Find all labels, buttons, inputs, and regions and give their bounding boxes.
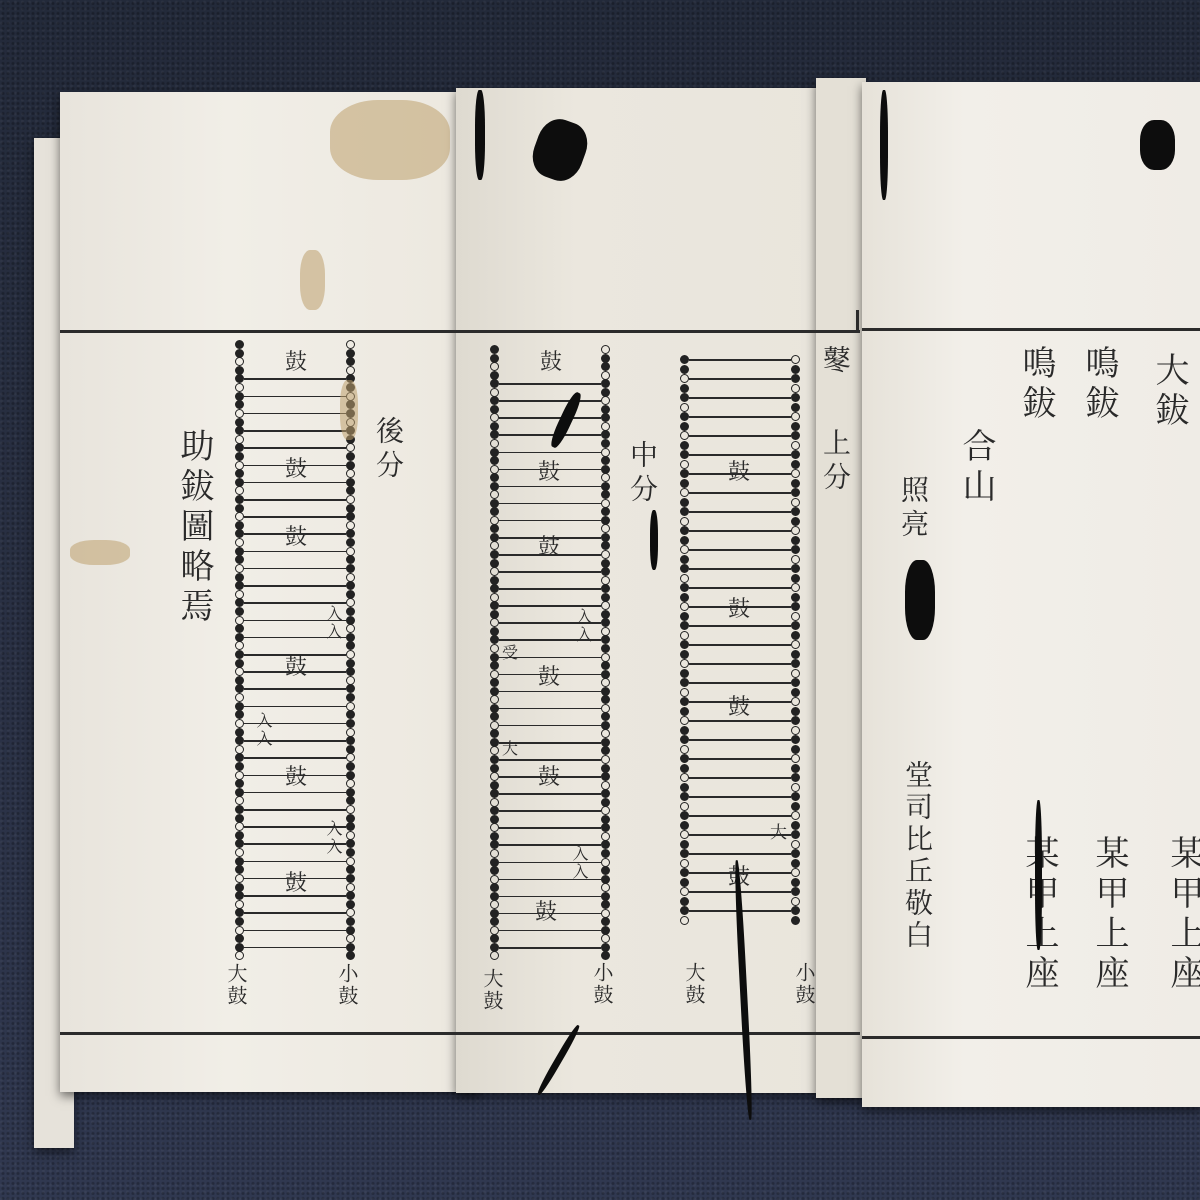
ladder-rung (244, 706, 346, 708)
ladder-dot (235, 753, 244, 762)
mark-da: 大 (770, 818, 787, 843)
ladder-rung (689, 644, 791, 646)
ladder-dot (680, 840, 689, 849)
worm-hole (475, 90, 485, 180)
ladder-dot (791, 897, 800, 906)
text-zhaoliang: 照亮 (893, 475, 933, 543)
ladder-dot (490, 823, 499, 832)
ladder-dot (601, 789, 610, 798)
ladder-dot (235, 951, 244, 960)
ladder-dot (791, 669, 800, 678)
foot-label-xiaogu: 小鼓 (790, 962, 819, 1006)
ladder-dot (346, 538, 355, 547)
ladder-rung (244, 378, 346, 380)
ladder-dot (601, 490, 610, 499)
paper-stain (300, 250, 325, 310)
ladder-dot (490, 900, 499, 909)
ladder-label: 鼓 (540, 345, 562, 376)
ladder-dot (235, 762, 244, 771)
ladder-dot (680, 688, 689, 697)
ladder-dot (235, 512, 244, 521)
ladder-rung (689, 663, 791, 665)
ladder-dot (791, 716, 800, 725)
ladder-dot (791, 488, 800, 497)
text-mingbo: 鳴鈸 (1012, 345, 1061, 425)
ladder-dot (346, 469, 355, 478)
ladder-dot (346, 891, 355, 900)
ladder-dot (490, 695, 499, 704)
foot-label-xiaogu: 小鼓 (333, 963, 362, 1007)
ladder-rung (244, 912, 346, 914)
ladder-dot (680, 602, 689, 611)
top-frame-rule (60, 330, 860, 333)
ladder-dot (680, 469, 689, 478)
ladder-dot (601, 456, 610, 465)
ladder-dot (791, 916, 800, 925)
ladder-dot (680, 821, 689, 830)
ladder-dot (601, 473, 610, 482)
ladder-dot (791, 526, 800, 535)
ladder-rung (244, 809, 346, 811)
ladder-dot (791, 773, 800, 782)
ladder-dot (490, 456, 499, 465)
ladder-rung (244, 430, 346, 432)
ladder-dot (791, 412, 800, 421)
ladder-dot (346, 693, 355, 702)
ladder-dot (235, 693, 244, 702)
ladder-dot (346, 598, 355, 607)
ladder-dot (346, 555, 355, 564)
ladder-dot (235, 934, 244, 943)
ladder-dot (346, 908, 355, 917)
ladder-dot (346, 512, 355, 521)
ladder-dot (680, 830, 689, 839)
ladder-rung (244, 757, 346, 759)
ladder-dot (601, 644, 610, 653)
ladder-dot (791, 469, 800, 478)
ladder-dot (791, 745, 800, 754)
ladder-dot (791, 868, 800, 877)
mark-ru: 入入 (572, 608, 595, 644)
ladder-rung (499, 383, 601, 385)
ladder-dot (490, 362, 499, 371)
top-frame-rule-right (862, 328, 1200, 331)
ladder-dot (791, 555, 800, 564)
ladder-dot (791, 450, 800, 459)
ladder-dot (791, 583, 800, 592)
ladder-rung (244, 413, 346, 415)
worm-hole (650, 510, 658, 570)
ladder-dot (235, 538, 244, 547)
ladder-dot (680, 631, 689, 640)
ladder-dot (680, 441, 689, 450)
ladder-dot (346, 719, 355, 728)
ladder-dot (680, 697, 689, 706)
ladder-dot (680, 450, 689, 459)
ladder-dot (235, 469, 244, 478)
ladder-dot (490, 806, 499, 815)
ladder-dot (791, 735, 800, 744)
ladder-dot (791, 764, 800, 773)
ladder-label: 鼓 (538, 455, 560, 486)
ladder-dot (346, 934, 355, 943)
paper-stain (70, 540, 130, 565)
ladder-rung (244, 585, 346, 587)
text-heshan: 合山 (952, 428, 1001, 508)
ladder-dot (791, 887, 800, 896)
ladder-dot (791, 441, 800, 450)
ladder-dot (791, 384, 800, 393)
ladder-dot (235, 865, 244, 874)
ladder-dot (601, 678, 610, 687)
ladder-dot (791, 621, 800, 630)
ladder-rung (499, 605, 601, 607)
ladder-dot (680, 745, 689, 754)
ladder-dot (490, 618, 499, 627)
ladder-dot (235, 805, 244, 814)
ladder-dot (680, 859, 689, 868)
ladder-dot (791, 574, 800, 583)
ladder-rung (689, 625, 791, 627)
ladder-dot (235, 607, 244, 616)
ladder-dot (791, 602, 800, 611)
ladder-rung (244, 602, 346, 604)
ladder-dot (680, 612, 689, 621)
ladder-dot (235, 710, 244, 719)
ladder-dot (680, 849, 689, 858)
ladder-dot (235, 917, 244, 926)
ladder-dot (601, 695, 610, 704)
ladder-rung (244, 930, 346, 932)
ladder-dot (490, 883, 499, 892)
ladder-dot (346, 340, 355, 349)
ladder-dot (601, 661, 610, 670)
ladder-dot (490, 439, 499, 448)
ladder-dot (680, 564, 689, 573)
ladder-dot (235, 564, 244, 573)
ladder-dot (791, 498, 800, 507)
ladder-label: 鼓 (728, 690, 750, 721)
ladder-dot (601, 618, 610, 627)
ladder-dot (791, 650, 800, 659)
ladder-dot (680, 460, 689, 469)
ladder-label: 鼓 (538, 760, 560, 791)
ladder-dot (601, 755, 610, 764)
ladder-dot (791, 859, 800, 868)
ladder-dot (680, 735, 689, 744)
ladder-dot (601, 550, 610, 559)
name-mojia-shangzuo: 某甲上座 (1160, 835, 1200, 995)
ladder-dot (601, 439, 610, 448)
ladder-dot (490, 849, 499, 858)
mark-shou: 受 (502, 640, 518, 663)
ladder-dot (791, 726, 800, 735)
mark-ru: 入入 (252, 712, 275, 748)
ladder-dot (791, 811, 800, 820)
ladder-dot (601, 883, 610, 892)
ladder-dot (490, 917, 499, 926)
ladder-dot (680, 393, 689, 402)
ladder-dot (791, 640, 800, 649)
ladder-dot (680, 507, 689, 516)
ladder-dot (346, 452, 355, 461)
ladder-dot (680, 384, 689, 393)
title-zhubo-tulue: 助鈸圖略焉 (170, 428, 219, 628)
ladder-dot (235, 650, 244, 659)
ladder-dot (601, 413, 610, 422)
ladder-dot (680, 792, 689, 801)
ladder-dot (791, 612, 800, 621)
ladder-dot (601, 712, 610, 721)
ladder-dot (601, 900, 610, 909)
ladder-label: 鼓 (285, 452, 307, 483)
ladder-dot (346, 443, 355, 452)
ladder-dot (346, 650, 355, 659)
ladder-dot (490, 951, 499, 960)
ladder-dot (791, 792, 800, 801)
foot-label-xiaogu: 小鼓 (588, 962, 617, 1006)
ladder-rung (689, 549, 791, 551)
foot-label-dagu: 大鼓 (478, 968, 507, 1012)
ladder-dot (601, 772, 610, 781)
ladder-dot (791, 906, 800, 915)
ladder-dot (680, 802, 689, 811)
ladder-dot (346, 753, 355, 762)
ladder-dot (601, 823, 610, 832)
section-label-zhongfen: 中分 (622, 440, 662, 508)
ladder-rung (244, 688, 346, 690)
ladder-dot (791, 678, 800, 687)
ladder-rung (499, 400, 601, 402)
ladder-dot (346, 865, 355, 874)
ladder-dot (235, 555, 244, 564)
ladder-dot (346, 874, 355, 883)
ladder-dot (235, 383, 244, 392)
ladder-dot (235, 891, 244, 900)
ladder-rung (689, 416, 791, 418)
ladder-label: 鼓 (285, 520, 307, 551)
ladder-rung (689, 435, 791, 437)
ladder-dot (680, 868, 689, 877)
ladder-dot (235, 581, 244, 590)
ladder-dot (490, 712, 499, 721)
ladder-dot (601, 584, 610, 593)
ladder-rung (499, 417, 601, 419)
ladder-label: 鼓 (285, 650, 307, 681)
ladder-dot (680, 488, 689, 497)
ladder-dot (680, 754, 689, 763)
ladder-dot (346, 607, 355, 616)
ladder-dot (490, 866, 499, 875)
ladder-dot (235, 719, 244, 728)
ladder-dot (490, 345, 499, 354)
ladder-rung (689, 777, 791, 779)
ladder-rung (499, 520, 601, 522)
ladder-dot (791, 830, 800, 839)
ladder-dot (601, 849, 610, 858)
ladder-dot (791, 697, 800, 706)
ladder-dot (346, 495, 355, 504)
ladder-dot (346, 848, 355, 857)
ladder-dot (490, 789, 499, 798)
ladder-dot (235, 736, 244, 745)
ladder-rung (689, 739, 791, 741)
ladder-dot (235, 779, 244, 788)
ladder-dot (346, 710, 355, 719)
ladder-dot (235, 426, 244, 435)
ladder-dot (791, 564, 800, 573)
ladder-dot (346, 667, 355, 676)
paper-stain (340, 380, 358, 440)
ladder-dot (235, 624, 244, 633)
section-label-houfen: 後分 (368, 416, 408, 484)
ladder-rung (689, 815, 791, 817)
ladder-dot (235, 340, 244, 349)
ladder-rung (499, 588, 601, 590)
ladder-dot (235, 409, 244, 418)
ladder-rung (244, 947, 346, 949)
bottom-frame-rule (60, 1032, 860, 1035)
ladder-dot (346, 951, 355, 960)
ladder-dot (235, 848, 244, 857)
ladder-dot (235, 874, 244, 883)
ladder-rung (689, 397, 791, 399)
ladder-dot (680, 678, 689, 687)
ladder-dot (490, 567, 499, 576)
ladder-dot (346, 736, 355, 745)
ladder-dot (601, 345, 610, 354)
ladder-dot (791, 659, 800, 668)
ladder-dot (680, 716, 689, 725)
ladder-dot (601, 379, 610, 388)
ladder-dot (680, 707, 689, 716)
ladder-dot (791, 374, 800, 383)
ladder-label: 鼓 (285, 866, 307, 897)
ladder-dot (346, 564, 355, 573)
ladder-dot (235, 598, 244, 607)
ladder-dot (680, 555, 689, 564)
ladder-rung (244, 861, 346, 863)
text-mingbo: 鳴鈸 (1075, 345, 1124, 425)
ladder-dot (346, 624, 355, 633)
ladder-dot (791, 517, 800, 526)
ladder-dot (680, 878, 689, 887)
ladder-dot (601, 866, 610, 875)
ladder-rung (689, 758, 791, 760)
ladder-dot (680, 764, 689, 773)
mark-da: 大 (502, 736, 518, 759)
ladder-dot (680, 906, 689, 915)
ladder-label: 鼓 (285, 345, 307, 376)
ladder-dot (680, 640, 689, 649)
ladder-dot (680, 621, 689, 630)
name-mojia-shangzuo: 某甲上座 (1085, 835, 1134, 995)
ladder-dot (791, 365, 800, 374)
ladder-dot (490, 661, 499, 670)
ladder-dot (680, 374, 689, 383)
ladder-dot (791, 545, 800, 554)
bottom-frame-rule-right (862, 1036, 1200, 1039)
ladder-dot (791, 536, 800, 545)
ladder-dot (490, 644, 499, 653)
ladder-dot (601, 601, 610, 610)
ladder-dot (791, 840, 800, 849)
ladder-dot (680, 583, 689, 592)
ladder-dot (680, 412, 689, 421)
ladder-rung (499, 434, 601, 436)
ladder-dot (346, 822, 355, 831)
ladder-dot (791, 631, 800, 640)
ladder-dot (680, 593, 689, 602)
ladder-dot (791, 821, 800, 830)
ladder-dot (601, 507, 610, 516)
ladder-rung (244, 447, 346, 449)
ladder-dot (680, 811, 689, 820)
ladder-dot (346, 762, 355, 771)
ladder-dot (346, 581, 355, 590)
ladder-dot (601, 917, 610, 926)
ladder-dot (791, 355, 800, 364)
ladder-dot (490, 772, 499, 781)
ladder-rung (689, 587, 791, 589)
ladder-dot (791, 431, 800, 440)
ladder-dot (235, 400, 244, 409)
ladder-rung (499, 793, 601, 795)
ladder-label: 鼓 (728, 455, 750, 486)
ladder-dot (235, 822, 244, 831)
ladder-dot (791, 754, 800, 763)
frame-notch (856, 310, 859, 332)
ladder-rung (244, 568, 346, 570)
ladder-dot (680, 574, 689, 583)
ladder-dot (680, 669, 689, 678)
ladder-dot (791, 479, 800, 488)
text-dabo: 大鈸 (1145, 352, 1194, 432)
ladder-rung (499, 947, 601, 949)
ladder-dot (791, 403, 800, 412)
ladder-dot (680, 783, 689, 792)
ladder-rung (689, 359, 791, 361)
ladder-dot (680, 773, 689, 782)
section-label-shangfen: 上分 (815, 428, 855, 496)
ladder-dot (235, 452, 244, 461)
ladder-dot (680, 726, 689, 735)
ladder-rung (499, 571, 601, 573)
ladder-label: 鼓 (285, 760, 307, 791)
ladder-dot (235, 357, 244, 366)
ladder-label: 鼓 (538, 530, 560, 561)
ladder-dot (490, 584, 499, 593)
foot-label-dagu: 大鼓 (680, 962, 709, 1006)
ladder-dot (490, 678, 499, 687)
worm-hole (905, 560, 935, 640)
ladder-rung (499, 725, 601, 727)
ladder-dot (791, 460, 800, 469)
ladder-dot (601, 567, 610, 576)
fold-strip (816, 78, 866, 1098)
paper-stain (330, 100, 450, 180)
ladder-label: 鼓 (538, 660, 560, 691)
ladder-dot (490, 473, 499, 482)
ladder-dot (680, 365, 689, 374)
ladder-dot (680, 897, 689, 906)
ladder-dot (791, 849, 800, 858)
ladder-dot (490, 601, 499, 610)
ladder-dot (680, 355, 689, 364)
ladder-dot (791, 878, 800, 887)
ladder-rung (689, 682, 791, 684)
ladder-dot (601, 396, 610, 405)
